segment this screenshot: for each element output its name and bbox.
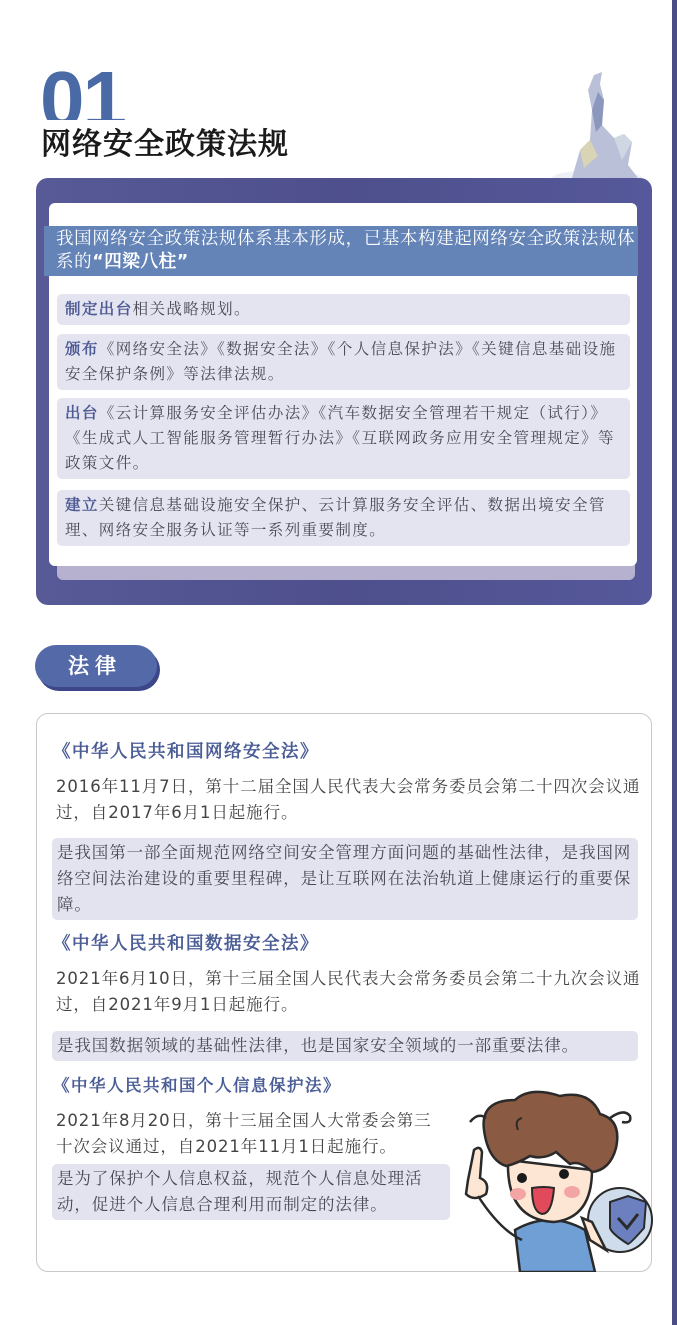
pillar-item: 出台《云计算服务安全评估办法》《汽车数据安全管理若干规定（试行）》《生成式人工智…	[57, 398, 630, 479]
law-body: 2016年11月7日，第十二届全国人民代表大会常务委员会第二十四次会议通过，自2…	[56, 774, 646, 826]
law-title: 《中华人民共和国网络安全法》	[53, 738, 319, 763]
law-body: 2021年6月10日，第十三届全国人民代表大会常务委员会第二十九次会议通过，自2…	[56, 966, 646, 1018]
law-title: 《中华人民共和国数据安全法》	[53, 930, 319, 955]
section-title: 网络安全政策法规	[41, 119, 289, 163]
pillar-text: 《网络安全法》《数据安全法》《个人信息保护法》《关键信息基础设施安全保护条例》等…	[65, 340, 616, 383]
pillar-keyword: 制定出台	[65, 300, 133, 318]
law-body: 2021年8月20日，第十三届全国人大常委会第三十次会议通过，自2021年11月…	[56, 1108, 446, 1160]
pillar-text: 关键信息基础设施安全保护、云计算服务安全评估、数据出境安全管理、网络安全服务认证…	[65, 496, 606, 539]
pillar-keyword: 出台	[65, 404, 99, 422]
intro-banner: 我国网络安全政策法规体系基本形成，已基本构建起网络安全政策法规体系的“四梁八柱”	[44, 226, 638, 276]
pillar-item: 制定出台相关战略规划。	[57, 294, 630, 325]
pillar-item: 建立关键信息基础设施安全保护、云计算服务安全评估、数据出境安全管理、网络安全服务…	[57, 490, 630, 546]
right-border-rule	[672, 0, 677, 1325]
law-note: 是我国第一部全面规范网络空间安全管理方面问题的基础性法律，是我国网络空间法治建设…	[52, 838, 638, 920]
pillar-text: 相关战略规划。	[133, 300, 251, 318]
pillar-item: 颁布《网络安全法》《数据安全法》《个人信息保护法》《关键信息基础设施安全保护条例…	[57, 334, 630, 390]
intro-highlight: “四梁八柱”	[92, 252, 189, 272]
pillar-keyword: 建立	[65, 496, 99, 514]
pillar-keyword: 颁布	[65, 340, 99, 358]
laws-section-tag: 法律	[35, 645, 157, 687]
cartoon-kid-with-shield-illustration	[460, 1090, 660, 1272]
law-title: 《中华人民共和国个人信息保护法》	[53, 1072, 341, 1096]
law-note: 是我国数据领域的基础性法律，也是国家安全领域的一部重要法律。	[52, 1031, 638, 1061]
pillar-text: 《云计算服务安全评估办法》《汽车数据安全管理若干规定（试行）》《生成式人工智能服…	[65, 404, 615, 472]
section-number: 01	[40, 60, 125, 120]
law-note: 是为了保护个人信息权益，规范个人信息处理活动，促进个人信息合理利用而制定的法律。	[52, 1164, 450, 1220]
five-rams-statue-illustration	[552, 70, 642, 185]
